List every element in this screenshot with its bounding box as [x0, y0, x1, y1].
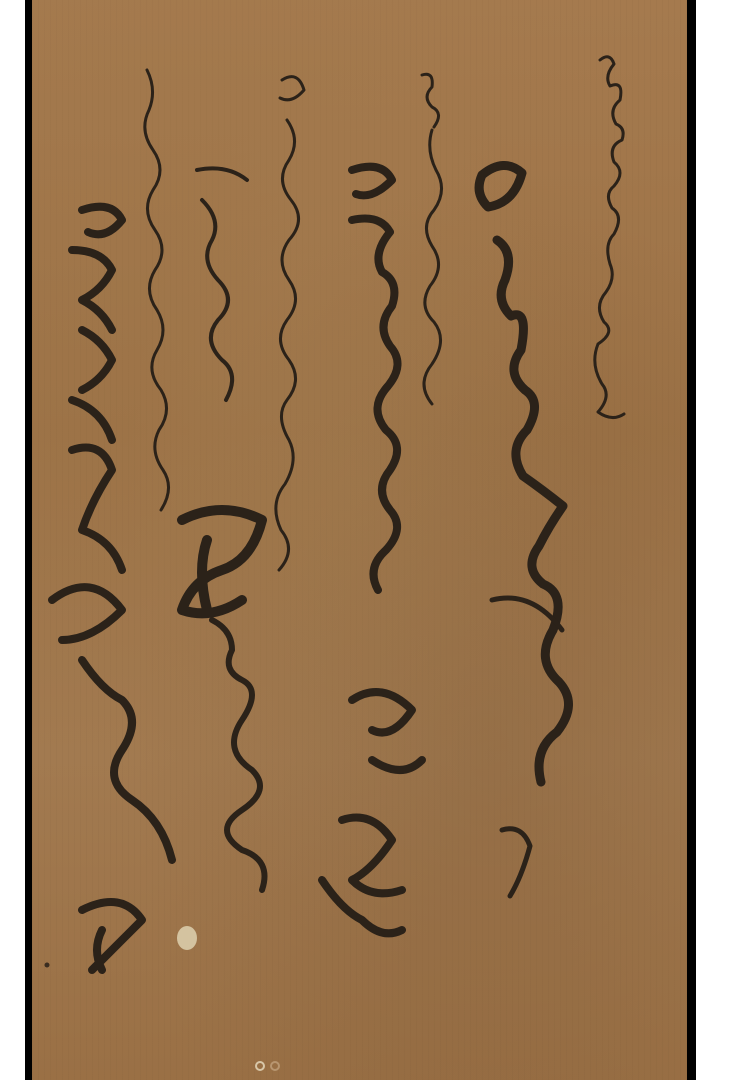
calligraphy-column-7: [145, 70, 169, 510]
calligraphy-ink: [32, 0, 687, 1080]
calligraphy-column-5: [276, 77, 304, 570]
calligraphy-column-6: [197, 168, 247, 400]
paper-stain-1: [256, 1062, 264, 1070]
paper-damage-spot: [177, 926, 197, 950]
calligraphy-column-6-bold: [182, 510, 262, 613]
calligraphy-column-8: [52, 207, 172, 970]
calligraphy-column-6-lower: [212, 620, 265, 890]
calligraphy-column-2: [479, 165, 568, 782]
calligraphy-column-3: [422, 74, 442, 404]
calligraphy-column-1: [595, 57, 624, 418]
ink-dot: [45, 963, 50, 968]
calligraphy-column-4: [322, 167, 422, 934]
paper-stain-2: [271, 1062, 279, 1070]
